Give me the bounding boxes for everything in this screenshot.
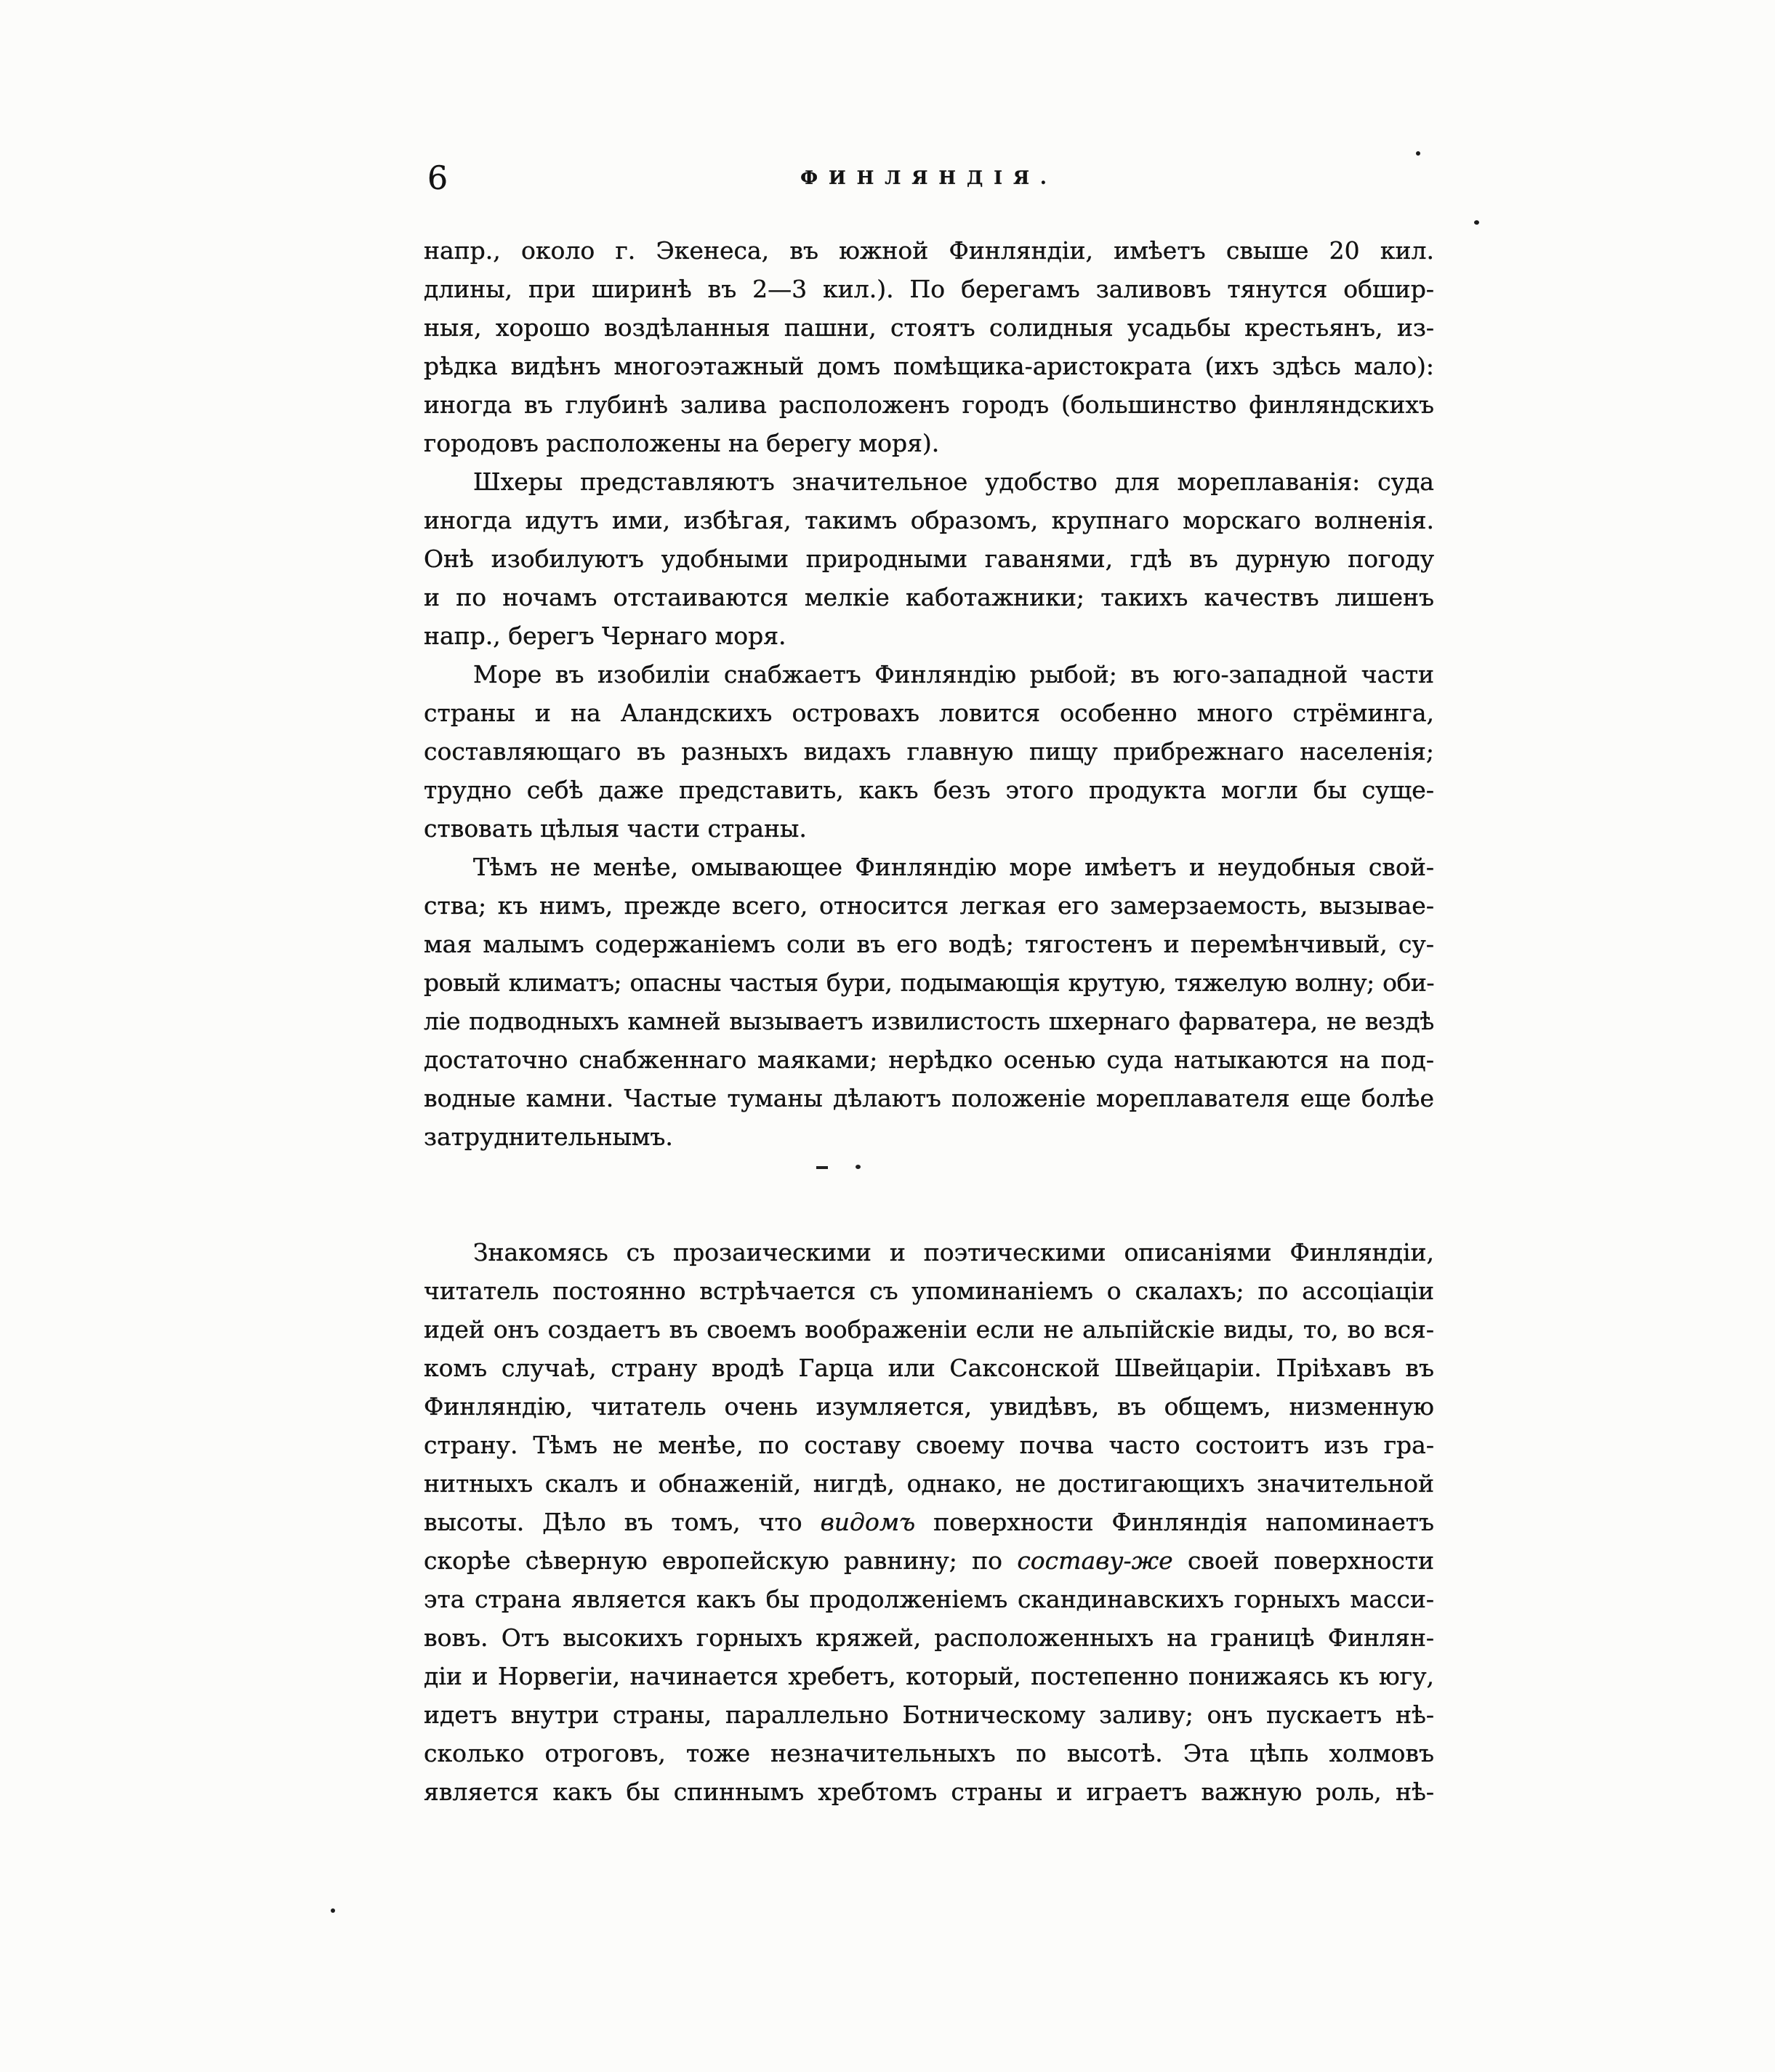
separator-dot xyxy=(856,1165,861,1169)
paragraph: Тѣмъ не менѣе, омывающее Финляндію море … xyxy=(424,848,1434,1156)
text-line: эта страна является какъ бы продолженіем… xyxy=(424,1580,1434,1618)
text-line: иногда идутъ ими, избѣгая, такимъ образо… xyxy=(424,501,1434,539)
ink-speck xyxy=(1474,220,1479,225)
ink-speck xyxy=(1416,151,1420,156)
text-line: нитныхъ скалъ и обнаженій, нигдѣ, однако… xyxy=(424,1464,1434,1503)
ink-speck xyxy=(331,1908,335,1913)
text-line: высоты. Дѣло въ томъ, что видомъ поверхн… xyxy=(424,1503,1434,1541)
text-line: затруднительнымъ. xyxy=(424,1117,1434,1156)
text-line: страну. Тѣмъ не менѣе, по составу своему… xyxy=(424,1426,1434,1464)
paragraph: Шхеры представляютъ значительное удобств… xyxy=(424,462,1434,655)
running-header: ФИНЛЯНДІЯ. xyxy=(424,167,1434,188)
text-line: мая малымъ содержаніемъ соли въ его водѣ… xyxy=(424,925,1434,963)
text-line: составляющаго въ разныхъ видахъ главную … xyxy=(424,732,1434,771)
text-line: ствовать цѣлыя части страны. xyxy=(424,809,1434,848)
paragraph: Знакомясь съ прозаическими и поэтическим… xyxy=(424,1233,1434,1811)
text-line: Финляндію, читатель очень изумляется, ув… xyxy=(424,1387,1434,1426)
text-line: комъ случаѣ, страну вродѣ Гарца или Сакс… xyxy=(424,1349,1434,1387)
text-line: идетъ внутри страны, параллельно Ботниче… xyxy=(424,1695,1434,1734)
text-block: напр., около г. Экенеса, въ южной Финлян… xyxy=(424,231,1434,1811)
text-line: иногда въ глубинѣ залива расположенъ гор… xyxy=(424,385,1434,424)
text-line: Знакомясь съ прозаическими и поэтическим… xyxy=(424,1233,1434,1272)
book-page: 6 ФИНЛЯНДІЯ. напр., около г. Экенеса, въ… xyxy=(0,0,1775,2072)
text-line: Море въ изобиліи снабжаетъ Финляндію рыб… xyxy=(424,655,1434,694)
text-line: рѣдка видѣнъ многоэтажный домъ помѣщика-… xyxy=(424,347,1434,385)
text-line: достаточно снабженнаго маяками; нерѣдко … xyxy=(424,1040,1434,1079)
text-line: водные камни. Частые туманы дѣлаютъ поло… xyxy=(424,1079,1434,1117)
text-line: діи и Норвегіи, начинается хребетъ, кото… xyxy=(424,1657,1434,1695)
text-line: Онѣ изобилуютъ удобными природными гаван… xyxy=(424,539,1434,578)
text-line: ныя, хорошо воздѣланныя пашни, стоятъ со… xyxy=(424,308,1434,347)
text-line: и по ночамъ отстаиваются мелкіе каботажн… xyxy=(424,578,1434,617)
separator-dash xyxy=(816,1166,828,1169)
text-line: ровый климатъ; опасны частыя бури, подым… xyxy=(424,963,1434,1002)
text-line: трудно себѣ даже представить, какъ безъ … xyxy=(424,771,1434,809)
text-line: читатель постоянно встрѣчается съ упомин… xyxy=(424,1272,1434,1310)
text-line: напр., берегъ Чернаго моря. xyxy=(424,617,1434,655)
text-line: городовъ расположены на берегу моря). xyxy=(424,424,1434,462)
text-line: Шхеры представляютъ значительное удобств… xyxy=(424,462,1434,501)
paragraph: Море въ изобиліи снабжаетъ Финляндію рыб… xyxy=(424,655,1434,848)
text-line: скорѣе сѣверную европейскую равнину; по … xyxy=(424,1541,1434,1580)
paragraph: напр., около г. Экенеса, въ южной Финлян… xyxy=(424,231,1434,462)
text-line: страны и на Аландскихъ островахъ ловится… xyxy=(424,694,1434,732)
section-separator xyxy=(424,1156,1434,1233)
text-line: напр., около г. Экенеса, въ южной Финлян… xyxy=(424,231,1434,270)
text-line: сколько отроговъ, тоже незначительныхъ п… xyxy=(424,1734,1434,1772)
text-line: вовъ. Отъ высокихъ горныхъ кряжей, распо… xyxy=(424,1618,1434,1657)
text-line: ства; къ нимъ, прежде всего, относится л… xyxy=(424,886,1434,925)
text-line: является какъ бы спиннымъ хребтомъ стран… xyxy=(424,1772,1434,1811)
text-line: идей онъ создаетъ въ своемъ воображеніи … xyxy=(424,1310,1434,1349)
text-line: длины, при ширинѣ въ 2—3 кил.). По берег… xyxy=(424,270,1434,308)
text-line: ліе подводныхъ камней вызываетъ извилист… xyxy=(424,1002,1434,1040)
text-line: Тѣмъ не менѣе, омывающее Финляндію море … xyxy=(424,848,1434,886)
